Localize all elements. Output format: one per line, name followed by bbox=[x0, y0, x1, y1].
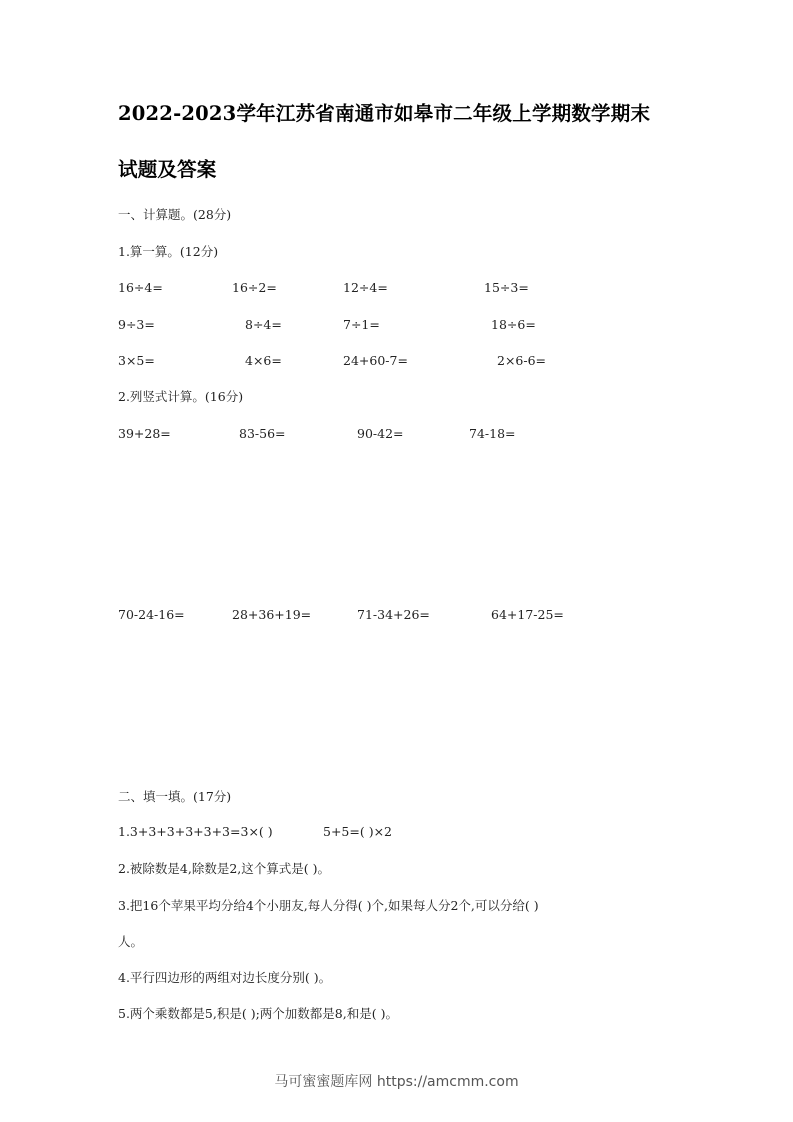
problem: 64+17-25= bbox=[491, 607, 564, 623]
problem: 7÷1= bbox=[343, 317, 380, 333]
problem: 24+60-7= bbox=[343, 353, 408, 369]
fill-in-item-1a: 1.3+3+3+3+3+3=3×( ) bbox=[118, 824, 273, 840]
fill-in-item-3: 3.把16个苹果平均分给4个小朋友,每人分得( )个,如果每人分2个,可以分给(… bbox=[118, 898, 539, 914]
problem: 15÷3= bbox=[484, 280, 529, 296]
fill-in-item-5: 5.两个乘数都是5,积是( );两个加数都是8,和是( )。 bbox=[118, 1006, 398, 1022]
footer-watermark: 马可蜜蜜题库网 https://amcmm.com bbox=[0, 1071, 793, 1091]
problem: 9÷3= bbox=[118, 317, 155, 333]
fill-in-item-4: 4.平行四边形的两组对边长度分别( )。 bbox=[118, 970, 331, 986]
problem: 16÷4= bbox=[118, 280, 163, 296]
part-1-heading: 1.算一算。(12分) bbox=[118, 244, 218, 260]
fill-in-item-1b: 5+5=( )×2 bbox=[323, 824, 392, 840]
problem: 16÷2= bbox=[232, 280, 277, 296]
problem: 4×6= bbox=[245, 353, 282, 369]
part-2-heading: 2.列竖式计算。(16分) bbox=[118, 389, 243, 405]
problem: 39+28= bbox=[118, 426, 171, 442]
problem: 8÷4= bbox=[245, 317, 282, 333]
document-page: 2022-2023学年江苏省南通市如皋市二年级上学期数学期末 试题及答案 一、计… bbox=[0, 0, 793, 1122]
problem: 2×6-6= bbox=[497, 353, 546, 369]
problem: 74-18= bbox=[469, 426, 516, 442]
problem: 18÷6= bbox=[491, 317, 536, 333]
section-2-heading: 二、填一填。(17分) bbox=[118, 789, 231, 805]
problem: 70-24-16= bbox=[118, 607, 185, 623]
problem: 28+36+19= bbox=[232, 607, 311, 623]
section-1-heading: 一、计算题。(28分) bbox=[118, 207, 231, 223]
fill-in-item-2: 2.被除数是4,除数是2,这个算式是( )。 bbox=[118, 861, 330, 877]
problem: 71-34+26= bbox=[357, 607, 430, 623]
document-title-line-1: 2022-2023学年江苏省南通市如皋市二年级上学期数学期末 bbox=[118, 98, 650, 126]
fill-in-item-3-continued: 人。 bbox=[118, 934, 143, 950]
problem: 3×5= bbox=[118, 353, 155, 369]
problem: 90-42= bbox=[357, 426, 404, 442]
document-title-line-2: 试题及答案 bbox=[118, 154, 217, 182]
problem: 83-56= bbox=[239, 426, 286, 442]
problem: 12÷4= bbox=[343, 280, 388, 296]
